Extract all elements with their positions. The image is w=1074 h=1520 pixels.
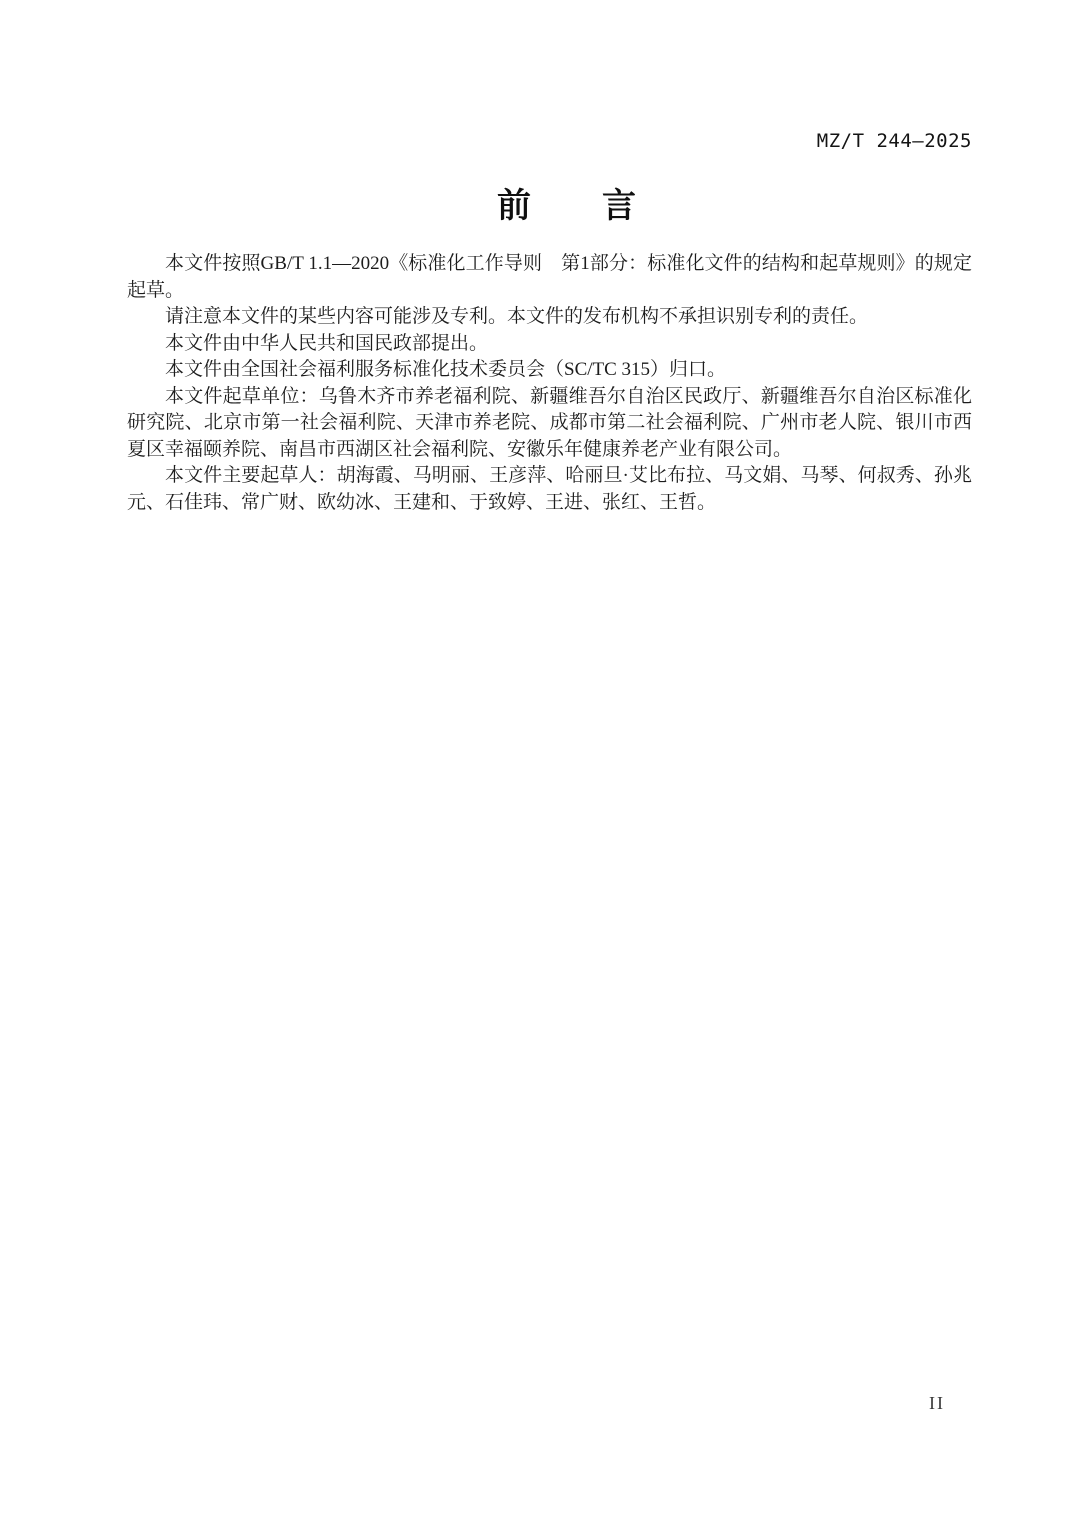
- paragraph-patent-notice: 请注意本文件的某些内容可能涉及专利。本文件的发布机构不承担识别专利的责任。: [127, 304, 972, 331]
- paragraph-proposed-by: 本文件由中华人民共和国民政部提出。: [127, 331, 972, 358]
- paragraph-drafting-rules: 本文件按照GB/T 1.1—2020《标准化工作导则 第1部分：标准化文件的结构…: [127, 251, 972, 304]
- paragraph-main-drafters: 本文件主要起草人：胡海霞、马明丽、王彦萍、哈丽旦·艾比布拉、马文娟、马琴、何叔秀…: [127, 463, 972, 516]
- standard-code: MZ/T 244—2025: [817, 130, 972, 152]
- document-page: MZ/T 244—2025 前 言 本文件按照GB/T 1.1—2020《标准化…: [0, 0, 1074, 1520]
- page-title: 前 言: [30, 178, 1074, 227]
- paragraph-drafting-organizations: 本文件起草单位：乌鲁木齐市养老福利院、新疆维吾尔自治区民政厅、新疆维吾尔自治区标…: [127, 384, 972, 464]
- foreword-body: 本文件按照GB/T 1.1—2020《标准化工作导则 第1部分：标准化文件的结构…: [127, 251, 972, 516]
- paragraph-centralized-by: 本文件由全国社会福利服务标准化技术委员会（SC/TC 315）归口。: [127, 357, 972, 384]
- page-number: II: [929, 1393, 945, 1414]
